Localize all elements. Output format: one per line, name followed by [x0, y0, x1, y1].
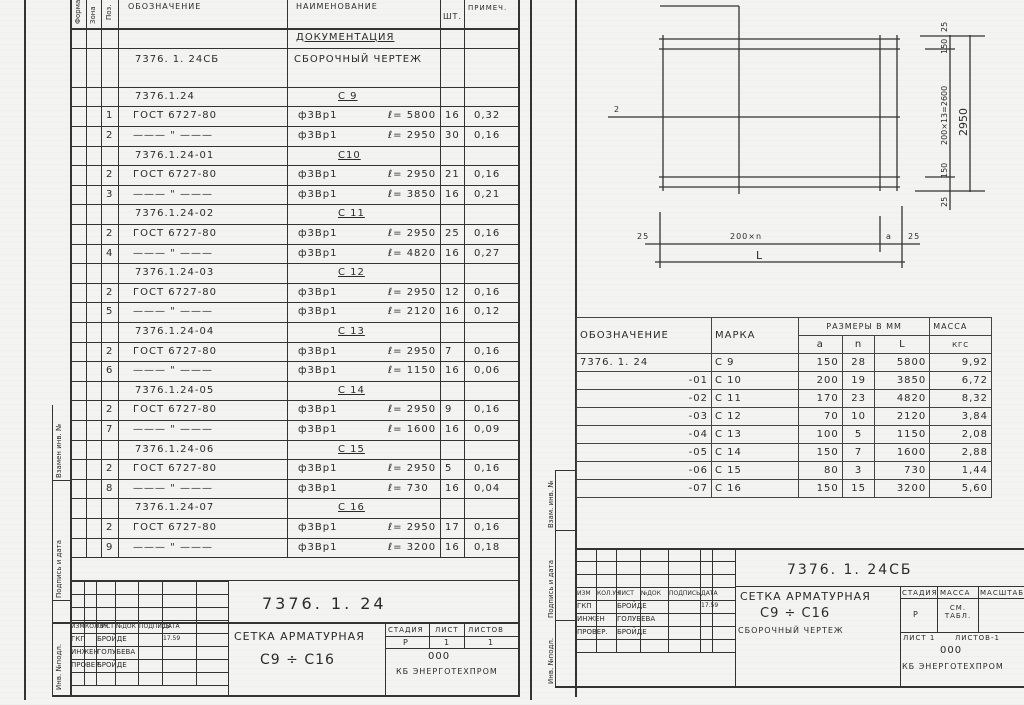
side-strip-divider	[555, 620, 575, 621]
right-title-line1: СЕТКА АРМАТУРНАЯ	[740, 590, 871, 603]
dim-top-25: 25	[940, 22, 949, 32]
dim-mid-2600: 200×13=2600	[940, 86, 949, 145]
th-designation: ОБОЗНАЧЕНИЕ	[577, 318, 712, 354]
th-mass: МАССА	[930, 318, 992, 336]
cell-a: 70	[799, 408, 843, 426]
position-label: 2	[614, 105, 620, 114]
mesh-table-row: -04С 13100511502,08	[577, 426, 992, 444]
person-role: ГКП	[577, 602, 592, 610]
cell-mass: 2,88	[930, 444, 992, 462]
cell-mark: С 14	[712, 444, 799, 462]
grid-line	[576, 548, 577, 652]
side-strip-divider	[555, 470, 575, 471]
side-label-inv-no: Инв. №подл.	[547, 638, 555, 684]
grid-line	[616, 548, 617, 652]
dim-total-2950: 2950	[957, 108, 970, 136]
cell-n: 15	[842, 480, 875, 498]
cell-a: 200	[799, 372, 843, 390]
cell-designation: -02	[577, 390, 712, 408]
mesh-table-row: -02С 111702348208,32	[577, 390, 992, 408]
right-scale-label: МАСШТАБ	[980, 589, 1024, 597]
cell-a: 170	[799, 390, 843, 408]
cell-mass: 1,44	[930, 462, 992, 480]
cell-L: 3850	[875, 372, 930, 390]
cell-designation: -04	[577, 426, 712, 444]
cell-L: 730	[875, 462, 930, 480]
cell-mark: С 10	[712, 372, 799, 390]
person-name: БРОЙДЕ	[617, 628, 647, 636]
grid-line	[576, 652, 735, 653]
cell-mark: С 9	[712, 354, 799, 372]
cell-a: 150	[799, 480, 843, 498]
mesh-table-row: -06С 158037301,44	[577, 462, 992, 480]
cell-L: 3200	[875, 480, 930, 498]
cell-a: 150	[799, 444, 843, 462]
right-doc-code: 7376. 1. 24СБ	[787, 562, 913, 578]
person-name: ГОЛУБЕВА	[617, 615, 655, 623]
cell-designation: -05	[577, 444, 712, 462]
person-name: БРОЙДЕ	[617, 602, 647, 610]
grid-line	[712, 548, 713, 652]
cell-n: 5	[842, 426, 875, 444]
side-strip-line	[555, 470, 556, 686]
cell-a: 100	[799, 426, 843, 444]
title-col-header: №ДОК	[641, 590, 661, 597]
cell-mass: 8,32	[930, 390, 992, 408]
dim-200n: 200×n	[730, 232, 762, 241]
title-block-mid	[735, 586, 1024, 587]
title-block-line	[900, 632, 1024, 633]
title-col-header: ЛИСТ	[617, 590, 634, 597]
cell-mass: 9,92	[930, 354, 992, 372]
th-mass-unit: КГС	[930, 336, 992, 354]
person-role: ПРОВЕР.	[577, 628, 608, 636]
mesh-table-row: 7376. 1. 24С 91502858009,92	[577, 354, 992, 372]
title-col-header: ПОДПИСЬ	[669, 590, 700, 597]
title-block-line	[900, 598, 1024, 599]
cell-mark: С 15	[712, 462, 799, 480]
cell-L: 2120	[875, 408, 930, 426]
th-sizes: РАЗМЕРЫ В ММ	[799, 318, 930, 336]
right-title-line2: С9 ÷ С16	[760, 606, 830, 621]
th-mark: МАРКА	[712, 318, 799, 354]
dim-right-25: 25	[908, 232, 920, 241]
cell-designation: -06	[577, 462, 712, 480]
grid-line	[640, 548, 641, 652]
title-block-line	[978, 586, 979, 632]
dim-bottom-150: 150	[940, 163, 949, 178]
cell-mass: 6,72	[930, 372, 992, 390]
cell-a: 80	[799, 462, 843, 480]
right-mass-label: МАССА	[940, 589, 970, 597]
th-a: a	[799, 336, 843, 354]
right-stage-value: Р	[913, 610, 919, 619]
side-label-replaced-inv: Взам. инв. №	[547, 480, 555, 528]
dim-top-150: 150	[940, 39, 949, 54]
title-col-header: ИЗМ	[577, 590, 591, 597]
cell-L: 1600	[875, 444, 930, 462]
cell-n: 19	[842, 372, 875, 390]
dim-left-25: 25	[637, 232, 649, 241]
cell-mass: 2,08	[930, 426, 992, 444]
cell-mass: 3,84	[930, 408, 992, 426]
right-sheets-text: ЛИСТОВ-1	[955, 634, 1000, 642]
mesh-table-row: -03С 12701021203,84	[577, 408, 992, 426]
mesh-table-row: -05С 14150716002,88	[577, 444, 992, 462]
mesh-table-row: -07С 161501532005,60	[577, 480, 992, 498]
cell-n: 28	[842, 354, 875, 372]
cell-mark: С 12	[712, 408, 799, 426]
cell-n: 3	[842, 462, 875, 480]
right-mass-value: СМ. ТАБЛ.	[940, 604, 976, 620]
cell-L: 4820	[875, 390, 930, 408]
dim-a: a	[886, 232, 892, 241]
side-strip-divider	[555, 530, 575, 531]
right-title-line3: СБОРОЧНЫЙ ЧЕРТЕЖ	[738, 626, 844, 635]
person-date: 17.59	[701, 602, 718, 609]
grid-line	[700, 548, 701, 652]
right-stage-label: СТАДИЯ	[902, 589, 938, 597]
cell-mark: С 16	[712, 480, 799, 498]
grid-line	[596, 548, 597, 652]
cell-mark: С 11	[712, 390, 799, 408]
side-label-signature-date: Подпись и дата	[547, 560, 555, 618]
cell-designation: -03	[577, 408, 712, 426]
dim-total-L: L	[756, 249, 763, 262]
title-block-split	[900, 586, 901, 686]
cell-a: 150	[799, 354, 843, 372]
mesh-table-row: -01С 102001938506,72	[577, 372, 992, 390]
th-n: n	[842, 336, 875, 354]
cell-n: 7	[842, 444, 875, 462]
title-col-header: ДАТА	[701, 590, 718, 597]
right-code: 000	[940, 645, 962, 656]
dim-bottom-25: 25	[940, 197, 949, 207]
cell-designation: -01	[577, 372, 712, 390]
person-role: ИНЖЕН	[577, 615, 605, 623]
grid-line	[735, 548, 736, 652]
mesh-table: ОБОЗНАЧЕНИЕ МАРКА РАЗМЕРЫ В ММ МАССА a n…	[576, 317, 992, 498]
cell-mark: С 13	[712, 426, 799, 444]
cell-designation: -07	[577, 480, 712, 498]
cell-mass: 5,60	[930, 480, 992, 498]
cell-n: 23	[842, 390, 875, 408]
cell-L: 5800	[875, 354, 930, 372]
right-sheet-text: ЛИСТ 1	[903, 634, 935, 642]
cell-designation: 7376. 1. 24	[577, 354, 712, 372]
cell-L: 1150	[875, 426, 930, 444]
grid-line	[668, 548, 669, 652]
th-L: L	[875, 336, 930, 354]
right-org: КБ ЭНЕРГОТЕХПРОМ	[902, 662, 1004, 671]
cell-n: 10	[842, 408, 875, 426]
